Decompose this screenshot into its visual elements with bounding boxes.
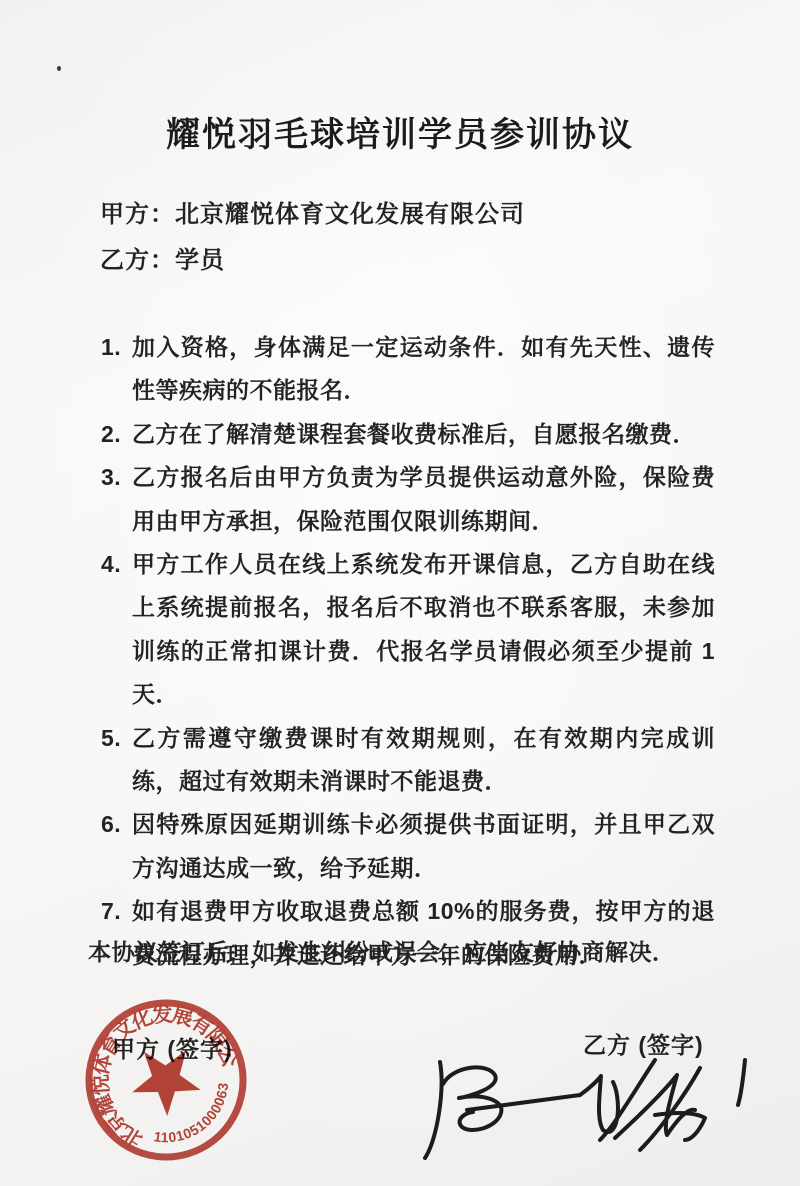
party-a-signature-label: 甲方 (签字) <box>112 1031 233 1064</box>
clause-number: 4. <box>101 543 132 586</box>
clause-number: 5. <box>101 717 132 760</box>
parties-block: 甲方：北京耀悦体育文化发展有限公司 乙方：学员 <box>100 192 525 284</box>
clause-number: 6. <box>101 803 132 846</box>
party-b-label: 乙方： <box>100 247 175 274</box>
party-a-label: 甲方： <box>100 201 175 228</box>
clause-text: 乙方报名后由甲方负责为学员提供运动意外险，保险费用由甲方承担，保险范围仅限训练期… <box>132 456 715 543</box>
scan-artifact-speck <box>57 66 61 71</box>
document-title: 耀悦羽毛球培训学员参训协议 <box>0 107 800 156</box>
clause-item-3: 3. 乙方报名后由甲方负责为学员提供运动意外险，保险费用由甲方承担，保险范围仅限… <box>101 456 715 543</box>
clause-number: 3. <box>101 456 132 499</box>
clause-list: 1. 加入资格，身体满足一定运动条件．如有先天性、遗传性等疾病的不能报名． 2.… <box>101 326 715 977</box>
clause-number: 2. <box>101 413 132 456</box>
party-b-signature-label: 乙方 (签字) <box>583 1027 704 1060</box>
signature-stroke <box>425 1062 442 1158</box>
clause-text: 因特殊原因延期训练卡必须提供书面证明，并且甲乙双方沟通达成一致，给予延期． <box>132 803 715 890</box>
clause-number: 7. <box>101 890 132 933</box>
clause-item-1: 1. 加入资格，身体满足一定运动条件．如有先天性、遗传性等疾病的不能报名． <box>101 326 715 413</box>
party-a-row: 甲方：北京耀悦体育文化发展有限公司 <box>100 192 525 238</box>
clause-item-2: 2. 乙方在了解清楚课程套餐收费标准后，自愿报名缴费． <box>101 413 715 456</box>
clause-item-4: 4. 甲方工作人员在线上系统发布开课信息，乙方自助在线上系统提前报名，报名后不取… <box>101 543 715 717</box>
party-a-value: 北京耀悦体育文化发展有限公司 <box>175 201 525 228</box>
party-b-handwritten-signature <box>415 1040 795 1186</box>
clause-text: 甲方工作人员在线上系统发布开课信息，乙方自助在线上系统提前报名，报名后不取消也不… <box>132 543 715 717</box>
clause-text: 乙方在了解清楚课程套餐收费标准后，自愿报名缴费． <box>132 413 715 456</box>
clause-text: 乙方需遵守缴费课时有效期规则，在有效期内完成训练，超过有效期未消课时不能退费． <box>132 717 715 804</box>
party-b-row: 乙方：学员 <box>100 238 525 284</box>
clause-text: 加入资格，身体满足一定运动条件．如有先天性、遗传性等疾病的不能报名． <box>132 326 715 413</box>
clause-item-6: 6. 因特殊原因延期训练卡必须提供书面证明，并且甲乙双方沟通达成一致，给予延期． <box>101 803 715 890</box>
scanned-agreement-page: 耀悦羽毛球培训学员参训协议 甲方：北京耀悦体育文化发展有限公司 乙方：学员 1.… <box>0 0 800 1186</box>
clause-item-5: 5. 乙方需遵守缴费课时有效期规则，在有效期内完成训练，超过有效期未消课时不能退… <box>101 717 715 804</box>
party-b-value: 学员 <box>175 247 225 274</box>
closing-statement: 本协议签订后，如发生纠纷或误会，应当友好协商解决． <box>88 934 676 967</box>
company-seal-stamp: 北京耀悦体育文化发展有限公司 1101051000063 <box>82 996 250 1164</box>
signature-stroke <box>738 1060 745 1105</box>
signature-stroke <box>443 1067 501 1130</box>
clause-number: 1. <box>101 326 132 369</box>
